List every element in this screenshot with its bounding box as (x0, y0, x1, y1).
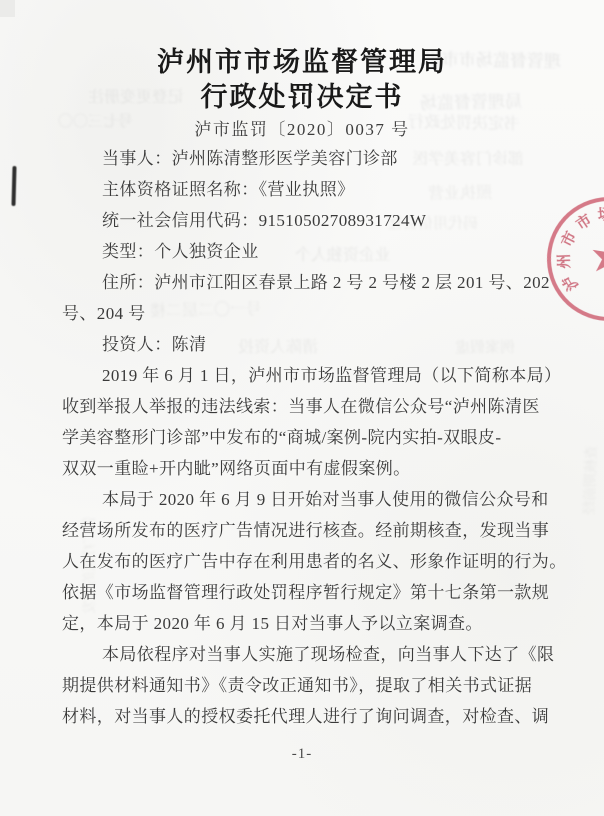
seal-character: 场 (596, 206, 604, 225)
text-line: 2019 年 6 月 1 日，泸州市市场监督管理局（以下简称本局） (62, 360, 550, 391)
text-line: 期提供材料通知书》《责令改正通知书》，提取了相关书式证据 (62, 670, 550, 701)
text-line: 本局于 2020 年 6 月 9 日开始对当事人使用的微信公众号和 (62, 484, 550, 515)
text-line: 当事人：泸州陈清整形医学美容门诊部 (62, 143, 550, 174)
text-line: 收到举报人举报的违法线索：当事人在微信公众号“泸州陈清医 (62, 391, 550, 422)
scan-corner-artifact (0, 0, 15, 17)
text-line: 依据《市场监督管理行政处罚程序暂行规定》第十七条第一款规 (62, 577, 550, 608)
page-number: -1- (0, 746, 604, 763)
text-line: 经营场所发布的医疗广告情况进行核查。经前期核查，发现当事 (62, 515, 550, 546)
text-line: 学美容整形门诊部”中发布的“商城/案例-院内实拍-双眼皮- (62, 422, 550, 453)
text-line: 双双一重睑+开内眦”网络页面中有虚假案例。 (62, 453, 550, 484)
document-body: 当事人：泸州陈清整形医学美容门诊部主体资格证照名称：《营业执照》统一社会信用代码… (62, 143, 550, 732)
document-number: 泸市监罚〔2020〕0037 号 (0, 115, 604, 140)
scan-edge-mark (11, 166, 16, 206)
text-line: 材料，对当事人的授权委托代理人进行了询问调查，对检查、调 (62, 701, 550, 732)
text-line: 统一社会信用代码：91510502708931724W (62, 205, 550, 236)
text-line: 号、204 号 (62, 298, 550, 329)
scanned-penalty-decision-page: 理管督监场市市州记登更变册注局理管督监场号七三〇〇书定决罚处政行部诊门容美学医照… (0, 0, 604, 816)
text-line: 定，本局于 2020 年 6 月 15 日对当事人予以立案调查。 (62, 608, 550, 639)
text-line: 投资人：陈清 (62, 329, 550, 360)
seal-character: 州 (556, 252, 574, 270)
document-title-type: 行政处罚决定书 (0, 81, 604, 113)
bleedthrough-text: 查核期前经 (579, 445, 601, 516)
text-line: 人在发布的医疗广告中存在利用患者的名义、形象作证明的行为。 (62, 546, 550, 577)
text-line: 住所：泸州市江阳区春景上路 2 号 2 号楼 2 层 201 号、202 (62, 267, 550, 298)
text-line: 主体资格证照名称：《营业执照》 (62, 174, 550, 205)
document-title-authority: 泸州市市场监督管理局 (0, 46, 604, 78)
text-line: 类型：个人独资企业 (62, 236, 550, 267)
text-line: 本局依程序对当事人实施了现场检查，向当事人下达了《限 (62, 639, 550, 670)
